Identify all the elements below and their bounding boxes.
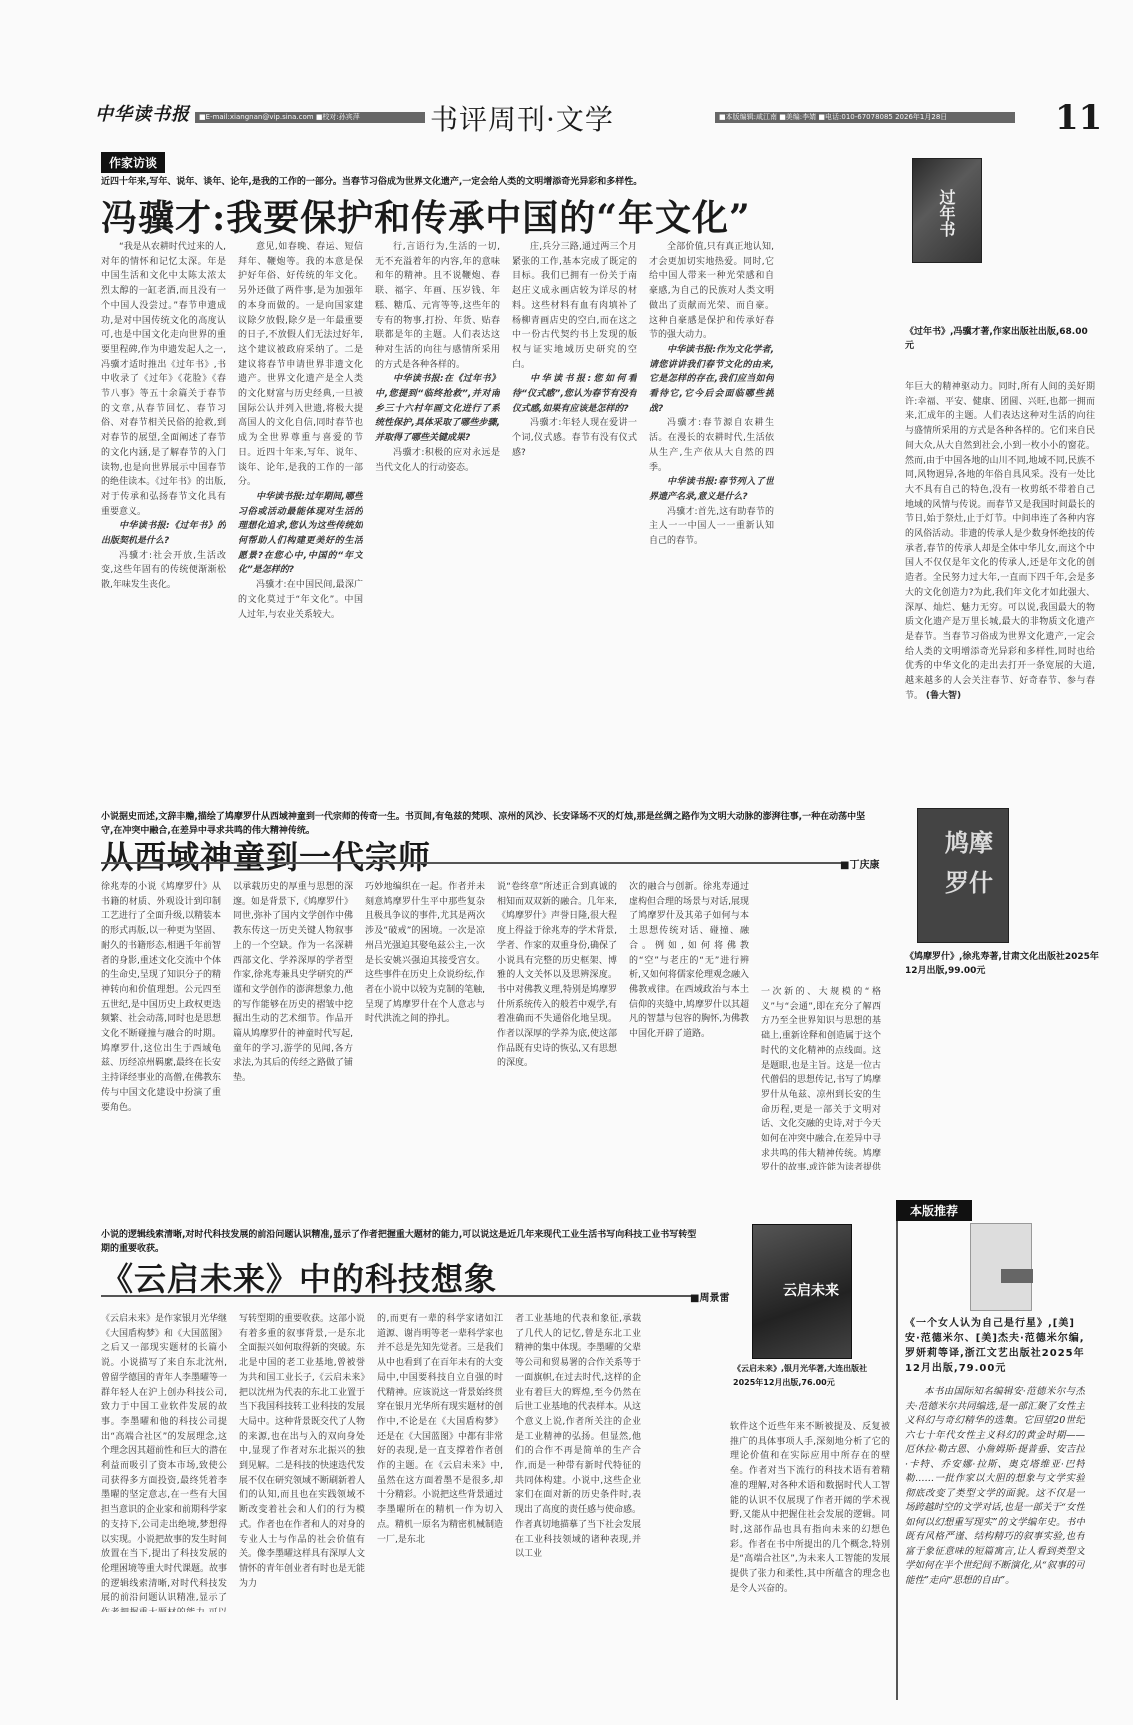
article2-column: 徐兆寿的小说《鸠摩罗什》从书籍的材质、外观设计到印制工艺进行了全面升级,以精装本… [101,880,221,1170]
book-cover-title: 过年书 [935,189,958,237]
article2-author: ■丁庆康 [840,856,879,871]
interview-question: 中华读书报:过年期间,哪些习俗或活动最能体现对生活的理想化追求,您认为这些传统如… [238,490,363,578]
article1-column: 庄,兵分三路,通过两三个月紧张的工作,基本完成了既定的目标。我们已拥有一份关于南… [512,240,637,750]
book-cover-image: 过年书 [912,158,982,263]
article3-column: 的,而更有一辈的科学家诸如江道源、谢肖明等老一辈科学家也并不总是先知先觉者。三是… [377,1312,503,1612]
newspaper-logo: 中华读书报 [95,100,190,126]
contact-bar: ■E-mail:xiangnan@vip.sina.com ■校对:孙宾萍 [195,112,425,123]
recommend-tag: 本版推荐 [896,1200,972,1221]
interview-answer: 冯骥才:积极的应对永远是当代文化人的行动姿态。 [375,446,500,475]
article3-lede: 小说的逻辑线索清晰,对时代科技发展的前沿问题认识精准,显示了作者把握重大题材的能… [101,1228,701,1256]
article1-headline: 冯骥才:我要保护和传承中国的“年文化” [101,190,751,241]
divider [101,862,841,864]
interview-question: 中华读书报:在《过年书》中,您提到“临终抢救”,并对南乡三十六村年画文化进行了系… [375,372,500,446]
book-caption: 《鸠摩罗什》,徐兆寿著,甘肃文化出版社2025年12月出版,99.00元 [905,950,1105,978]
book-cover-title: 云启未来 [783,1280,839,1300]
interview-question: 中华读书报:您如何看待“仪式感”,您认为春节有没有仪式感,如果有应该是怎样的? [512,372,637,416]
book-caption: 《云启未来》,银月光华著,大连出版社2025年12月出版,76.00元 [733,1362,883,1390]
book-cover-image: 鸠摩罗什 [917,808,1009,943]
article2-headline: 从西域神童到一代宗师 [101,832,431,878]
article1-column: 行,言语行为,生活的一切,无不充溢着年的内容,年的意味和年的精神。且不说鞭炮、春… [375,240,500,750]
newspaper-page: 中华读书报 ■E-mail:xiangnan@vip.sina.com ■校对:… [0,0,1133,1725]
article2-column: 一次新的、大规模的“格义”与“会通”,即在充分了解西方乃至全世界知识与思想的基础… [761,985,881,1170]
article3-column: 者工业基地的代表和象征,承载了几代人的记忆,曾是东北工业精神的集中体现。李墨曜的… [515,1312,641,1612]
recommend-text: 本书由国际知名编辑安·范德米尔与杰夫·范德米尔共同编选,是一部汇聚了女性主义科幻… [905,1385,1085,1685]
editor-info-bar: ■本版编辑:咸江南 ■美编:李婧 ■电话:010-67078085 2026年1… [715,112,1015,123]
article3-column: 写转型期的重要收获。这部小说有着多重的叙事背景,一是东北全面振兴如何取得新的突破… [239,1312,365,1612]
article2-column: 说“卷终章”所述正合到真诚的相知而双双新的融合。几年来,《鸠摩罗什》声誉日隆,很… [497,880,617,1170]
article1-body: “我是从农耕时代过来的人,对年的情怀和记忆太深。年是中国生活和文化中太陈太浓太烈… [101,240,901,750]
article1-column: 全部价值,只有真正地认知,才会更加切实地热爱。同时,它给中国人带来一种光荣感和自… [649,240,774,750]
article1-column: 意见,如春晚、春运、短信拜年、鞭炮等。我的本意是保护好年俗、好传统的年文化。另外… [238,240,363,750]
interview-question: 中华读书报:作为文化学者,请您讲讲我们春节文化的由来,它是怎样的存在,我们应当如… [649,343,774,417]
article1-sidebar-column: 年巨大的精神驱动力。同时,所有人间的美好期许:幸福、平安、健康、团圆、兴旺,也都… [905,380,1095,755]
section-title: 书评周刊·文学 [430,98,614,138]
book-caption: 《一个女人认为自己是行星》,[美]安·范德米尔、[美]杰夫·范德米尔编,罗妍莉等… [905,1316,1085,1376]
book-cover-image: 云启未来 [752,1224,852,1359]
article3-author: ■周景雷 [690,1289,729,1304]
interview-question: 中华读书报:春节列入了世界遗产名录,意义是什么? [649,475,774,504]
interview-answer: 冯骥才:春节源自农耕生活。在漫长的农耕时代,生活依从生产,生产依从大自然的四季。 [649,416,774,475]
article3-column: 《云启未来》是作家银月光华继《大国盾构梦》和《大国蓝图》之后又一部现实题材的长篇… [101,1312,227,1612]
article1-column: “我是从农耕时代过来的人,对年的情怀和记忆太深。年是中国生活和文化中太陈太浓太烈… [101,240,226,750]
page-number: 11 [1055,98,1102,138]
article2-column: 次的融合与创新。徐兆寿通过虚构但合理的场景与对话,展现了鸠摩罗什及其弟子如何与本… [629,880,749,1170]
interview-answer: 冯骥才:年轻人现在爱讲一个词,仪式感。春节有没有仪式感? [512,416,637,460]
byline: (鲁大智) [926,691,961,701]
book-cover-title: 鸠摩罗什 [934,823,1004,903]
divider [101,1295,691,1297]
interview-question: 中华读书报:《过年书》的出版契机是什么? [101,519,226,548]
interview-answer: 冯骥才:在中国民间,最深广的文化莫过于“年文化”。中国人过年,与农业关系较大。 [238,578,363,622]
article2-column: 巧妙地编织在一起。作者并未刻意鸠摩罗什生平中那些复杂且极具争议的事件,尤其是两次… [365,880,485,1170]
book-cover-image [970,1223,1032,1311]
masthead: 中华读书报 ■E-mail:xiangnan@vip.sina.com ■校对:… [95,98,1095,138]
article3-headline: 《云启未来》中的科技想象 [101,1254,497,1300]
article2-column: 以承载历史的厚重与思想的深邃。如是背景下,《鸠摩罗什》同世,弥补了国内文学创作中… [233,880,353,1170]
book-caption: 《过年书》,冯骥才著,作家出版社出版,68.00元 [905,325,1095,353]
interview-answer: 冯骥才:首先,这有助春节的主人一一中国人一一重新认知自己的春节。 [649,505,774,549]
section-tag: 作家访谈 [101,152,165,173]
article1-lede: 近四十年来,写年、说年、谈年、论年,是我的工作的一部分。当春节习俗成为世界文化遗… [101,175,781,189]
interview-answer: 冯骥才:社会开放,生活改变,这些年固有的传统便渐渐松散,年味发生丧化。 [101,549,226,593]
book-cover-band [1001,1269,1033,1283]
article3-column: 软件这个近些年来不断被提及、反复被推广的具体事项人手,深刻地分析了它的理论价值和… [730,1420,890,1680]
